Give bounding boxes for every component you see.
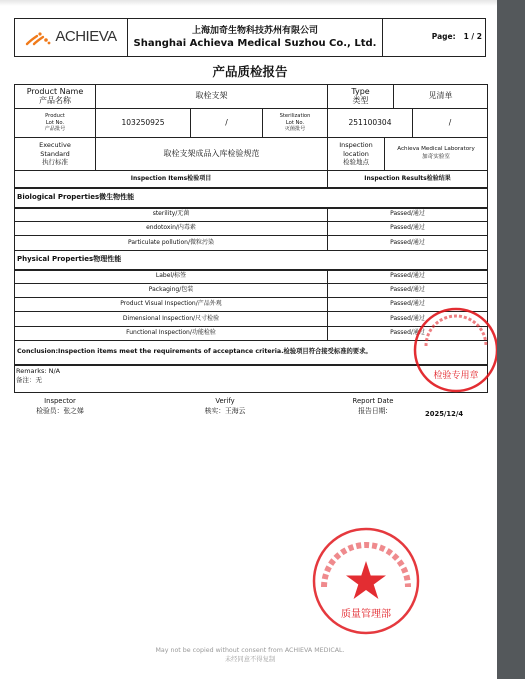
page-value: 1 / 2 [464, 33, 482, 41]
standard-label: ExecutiveStandard执行标准 [15, 138, 95, 170]
table-row-result: Passed/通过 [328, 208, 487, 221]
section-title-biological: Biological Properties微生物性能 [15, 189, 487, 207]
company-name-en: Shanghai Achieva Medical Suzhou Co., Ltd… [134, 38, 377, 49]
report-date-value: 2025/12/4 [425, 410, 463, 418]
viewer-scrollbar[interactable] [497, 0, 525, 679]
product-name-label: Product Name产品名称 [15, 85, 95, 108]
company-name-cn: 上海加奇生物科技苏州有限公司 [192, 27, 318, 37]
document-page: ACHIEVA 上海加奇生物科技苏州有限公司 Shanghai Achieva … [0, 0, 497, 679]
table-row-item: Particulate pollution/微粒污染 [15, 236, 327, 250]
lot-extra: / [191, 109, 262, 137]
table-row-result: Passed/通过 [328, 284, 487, 297]
svg-text:质量管理部: 质量管理部 [341, 607, 391, 620]
table-row-item: sterility/无菌 [15, 208, 327, 221]
product-name-value: 取栓支架 [96, 85, 327, 108]
sterilization-lot-extra: / [413, 109, 487, 137]
logo-mark-icon [25, 30, 53, 46]
location-label: Inspectionlocation检验地点 [328, 138, 384, 170]
lot-label: ProductLot No.产品批号 [15, 109, 95, 137]
report-date-label: Report Date 报告日期: [335, 397, 411, 417]
table-row-item: Packaging/包装 [15, 284, 327, 297]
report-title: 产品质检报告 [14, 62, 486, 82]
table-row-item: endotoxin/内毒素 [15, 222, 327, 235]
table-row-result: Passed/通过 [328, 270, 487, 283]
inspector-signature: Inspector 检验员：张之娣 [20, 397, 100, 417]
lot-value: 103250925 [96, 109, 190, 137]
location-value: Achieva Medical Laboratory加奇实验室 [385, 138, 487, 170]
footer-line-en: May not be copied without consent from A… [14, 647, 486, 656]
remarks-en: Remarks: N/A [16, 367, 316, 376]
svg-text:检验专用章: 检验专用章 [433, 369, 478, 381]
table-row-result: Passed/通过 [328, 236, 487, 250]
page-number: Page: 1 / 2 [383, 19, 486, 56]
items-header: Inspection Items检验项目 [15, 171, 327, 187]
sterilization-lot-value: 251100304 [328, 109, 412, 137]
standard-value: 取栓支架成品入库检验规范 [96, 138, 327, 170]
table-row-item: Dimensional Inspection/尺寸检验 [15, 312, 327, 326]
company-name: 上海加奇生物科技苏州有限公司 Shanghai Achieva Medical … [128, 20, 382, 56]
page-top-shade [0, 0, 497, 6]
company-logo: ACHIEVA [15, 19, 127, 56]
quality-stamp-icon: 质量管理部 [310, 525, 422, 637]
remarks: Remarks: N/A 备注：无 [16, 367, 316, 385]
table-row-result: Passed/通过 [328, 222, 487, 235]
verify-signature: Verify 核实：王海云 [185, 397, 265, 417]
table-row-item: Product Visual Inspection/产品外观 [15, 298, 327, 311]
table-row-item: Label/标签 [15, 270, 327, 283]
type-value: 见清单 [394, 85, 487, 108]
remarks-cn: 备注：无 [16, 376, 316, 385]
section-title-physical: Physical Properties物理性能 [15, 251, 487, 269]
footer-line-cn: 未经同意不得复制 [14, 656, 486, 665]
sterilization-lot-label: SterilizationLot No.灭菌批号 [263, 109, 327, 137]
inspection-stamp-icon: 检验专用章 [412, 306, 500, 394]
logo-text: ACHIEVA [55, 29, 116, 46]
results-header: Inspection Results检验结果 [328, 171, 487, 187]
copyright-footer: May not be copied without consent from A… [14, 647, 486, 665]
type-label: Type类型 [328, 85, 393, 108]
table-row-item: Functional Inspection/功能检验 [15, 327, 327, 340]
page-label: Page: [432, 33, 456, 41]
